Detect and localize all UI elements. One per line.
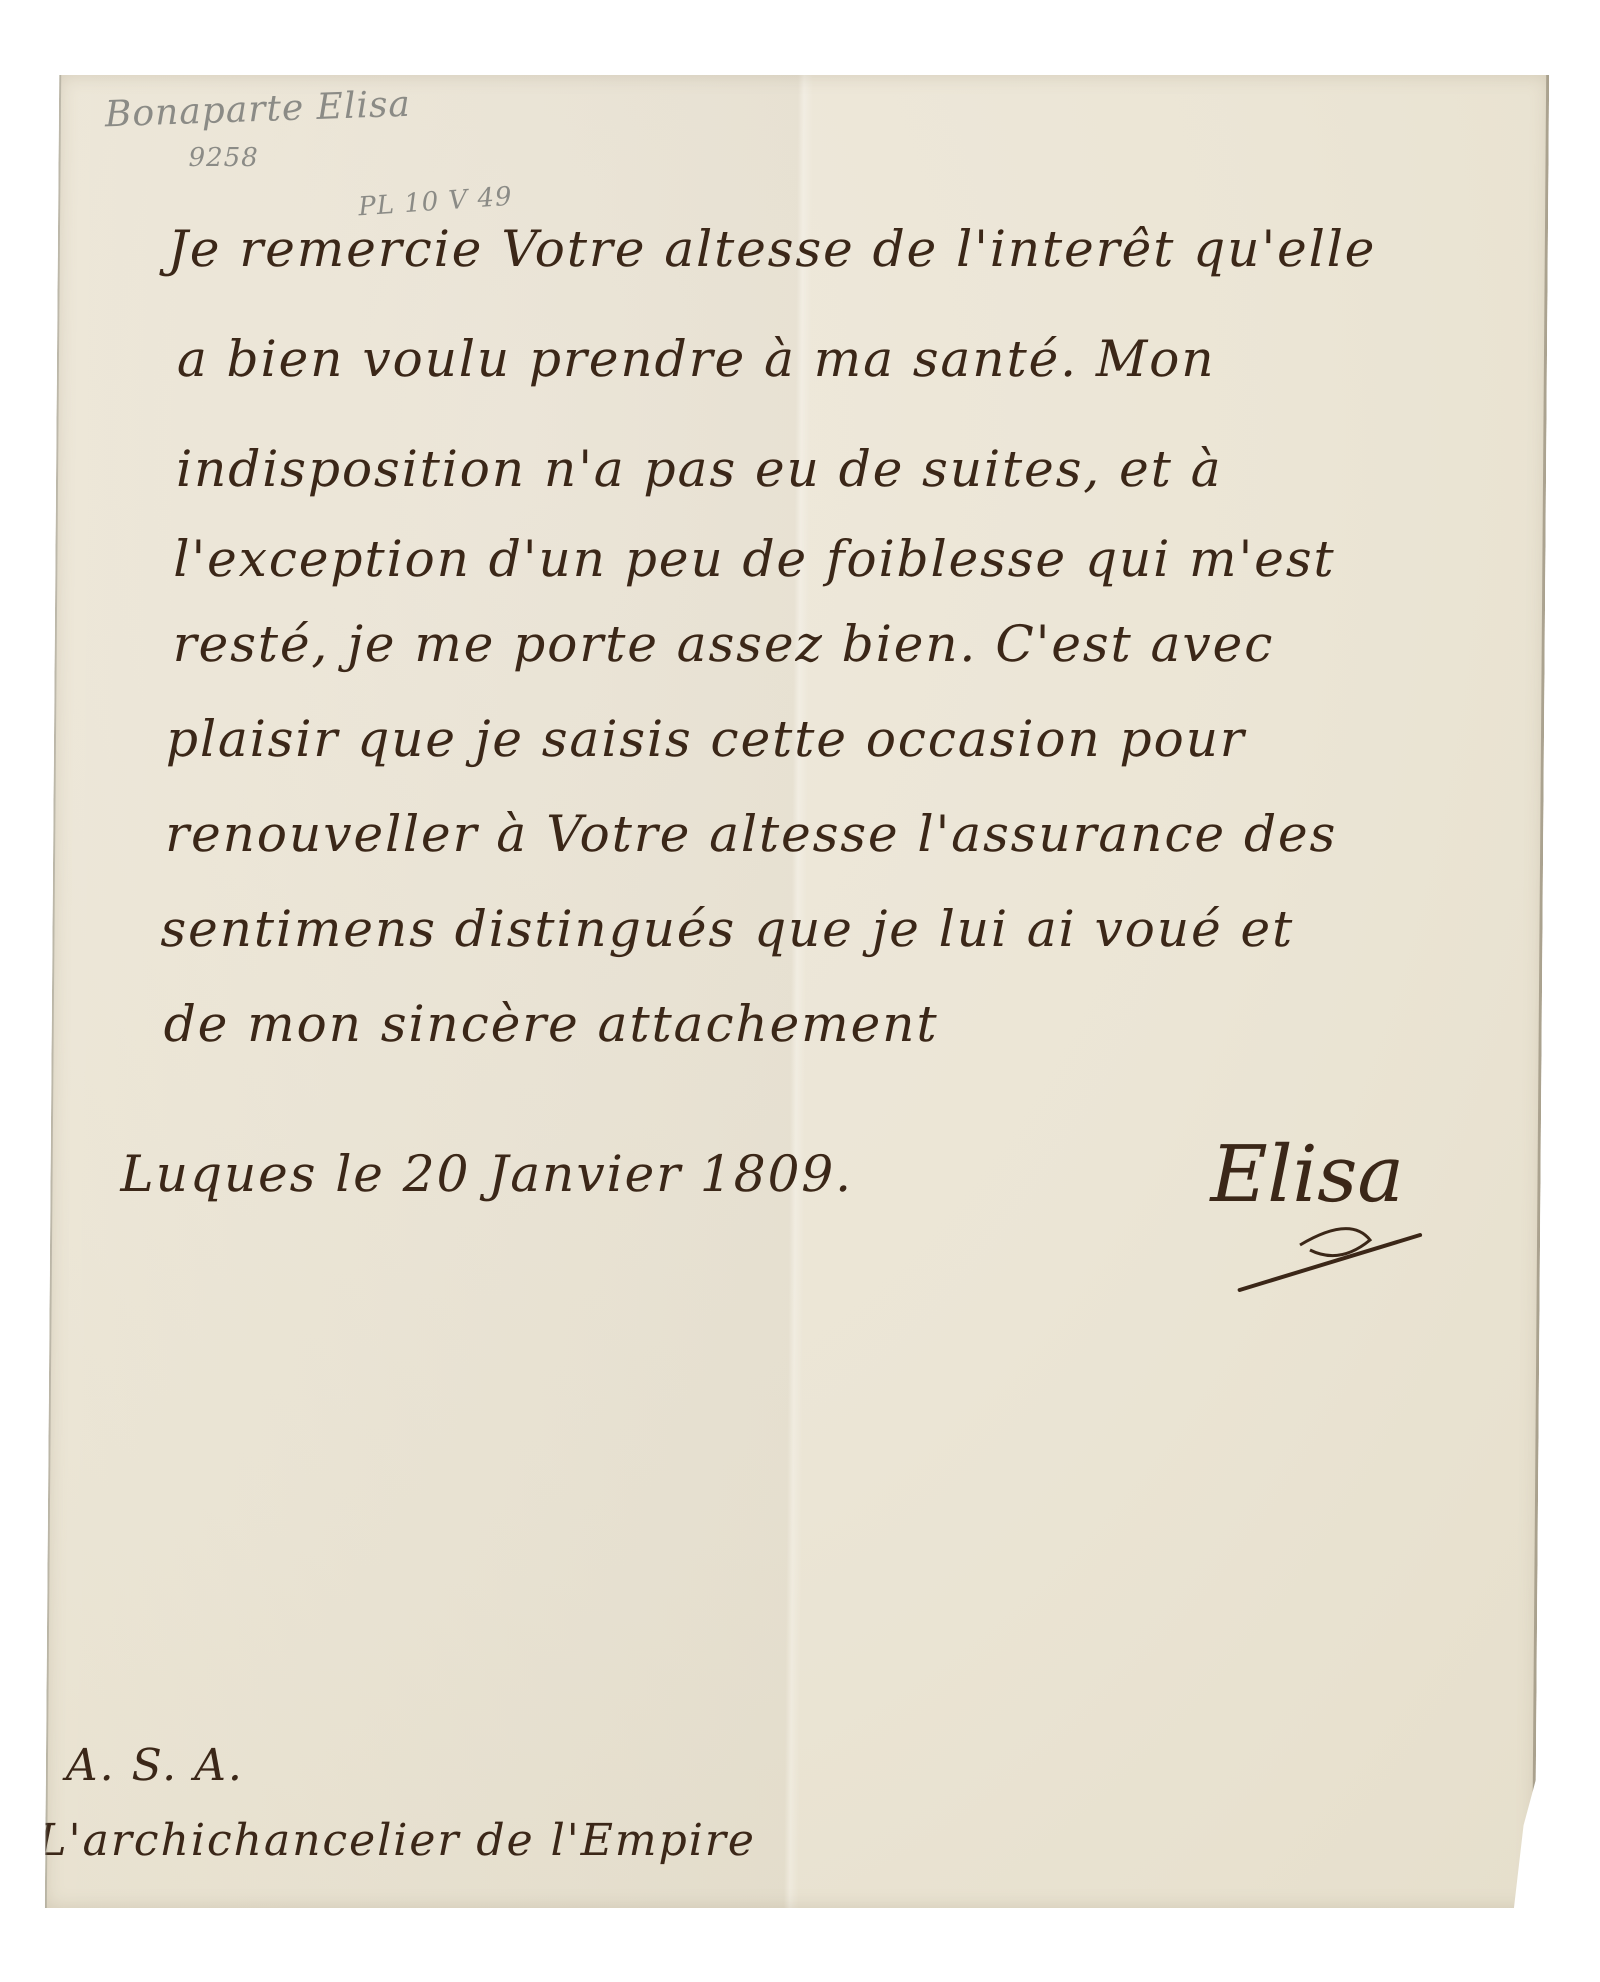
letter-paper: Bonaparte Elisa 9258 PL 10 V 49 Je remer… [45, 75, 1549, 1908]
letter-line-7: renouveller à Votre altesse l'assurance … [165, 805, 1337, 863]
letter-line-9: de mon sincère attachement [164, 995, 939, 1053]
signature-flourish-icon [1230, 1195, 1431, 1295]
letter-line-1: Je remercie Votre altesse de l'interêt q… [168, 220, 1377, 278]
letter-line-8: sentimens distingués que je lui ai voué … [160, 900, 1294, 958]
pencil-number-annotation: 9258 [188, 143, 258, 173]
pencil-name-annotation: Bonaparte Elisa [104, 84, 411, 136]
letter-line-6: plaisir que je saisis cette occasion pou… [166, 710, 1246, 768]
letter-line-5: resté, je me porte assez bien. C'est ave… [173, 615, 1275, 673]
pencil-top-right-mark [1359, 95, 1399, 115]
dateline: Luques le 20 Janvier 1809. [120, 1145, 853, 1203]
address-line-2: L'archichancelier de l'Empire [37, 1815, 756, 1866]
pencil-reference-annotation: PL 10 V 49 [357, 182, 513, 223]
letter-line-3: indisposition n'a pas eu de suites, et à [176, 440, 1223, 498]
address-line-1: A. S. A. [66, 1740, 244, 1791]
letter-line-4: l'exception d'un peu de foiblesse qui m'… [173, 530, 1336, 588]
letter-line-2: a bien voulu prendre à ma santé. Mon [177, 330, 1216, 388]
